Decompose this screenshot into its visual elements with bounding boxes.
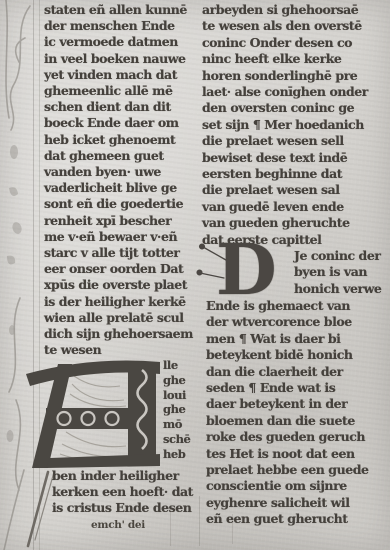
text-line: seden ¶ Ende wat is [206, 380, 388, 396]
text-line: conscientie om sijnre [206, 478, 388, 494]
text-line: heb [163, 447, 197, 462]
text-line: daer beteykent in der [206, 396, 388, 412]
text-line: eyghenre salicheit wil [206, 495, 388, 511]
text-line: ghe [163, 373, 197, 388]
text-line: dich sijn ghehoersaem [44, 326, 196, 342]
text-line: xpūs die overste plaet [44, 277, 196, 293]
text-line: is cristus Ende desen [52, 500, 198, 516]
text-line: eer onser oorden Dat [44, 261, 196, 277]
text-line: loui [163, 388, 197, 403]
text-line: byen is van [294, 264, 388, 280]
right-column-text: arbeyden si ghehoorsaēte wesen als den o… [202, 2, 388, 248]
text-line: starc v alle tijt totter [44, 245, 196, 261]
text-line: ben inder heiligher [52, 468, 198, 484]
text-line: arbeyden si ghehoorsaē [202, 2, 388, 18]
ruling-tick-2 [199, 496, 200, 546]
left-column-text: staten eñ allen kunnēder menschen Endeic… [44, 2, 196, 358]
text-line: te wesen als den overstē [202, 18, 388, 34]
text-line: staten eñ allen kunnē [44, 2, 196, 18]
text-line: eersten beghinne dat [202, 166, 388, 182]
text-line: is der heiligher kerkē [44, 294, 196, 310]
text-line: bloemen dan die suete [206, 413, 388, 429]
text-line: beteykent bidē honich [206, 347, 388, 363]
text-line: laet· alse conīghen onder [202, 84, 388, 100]
text-line: vaderlicheit blive ge [44, 180, 196, 196]
text-line: horen sonderlinghē pre [202, 68, 388, 84]
text-line: ghe [163, 402, 197, 417]
text-line: ic vermoede datmen [44, 34, 196, 50]
text-line: die prelaet wesen sal [202, 182, 388, 198]
text-line: dat ghemeen guet [44, 148, 196, 164]
text-line: bewiset dese text indē [202, 150, 388, 166]
text-line: wien alle prelatē scul [44, 310, 196, 326]
text-line: der wtvercorence bloe [206, 314, 388, 330]
text-line: Ende is ghemaect van [206, 298, 388, 314]
text-line: lle [163, 358, 197, 373]
initial-D-lombard: D [204, 240, 296, 304]
text-line: der menschen Ende [44, 18, 196, 34]
text-line: die prelaet wesen sell [202, 133, 388, 149]
text-line: schē [163, 432, 197, 447]
manuscript-page: staten eñ allen kunnēder menschen Endeic… [0, 0, 390, 550]
text-line: heb icket ghenoemt [44, 132, 196, 148]
text-line: ghemeenlic allē mē [44, 83, 196, 99]
text-line: roke des gueden geruch [206, 429, 388, 445]
text-line: in veel boeken nauwe [44, 51, 196, 67]
text-line: mō [163, 417, 197, 432]
text-line: yet vinden mach dat [44, 67, 196, 83]
text-line: me v·eñ bewaer v·eñ [44, 229, 196, 245]
text-line: eñ een guet gherucht [206, 511, 388, 527]
text-line: renheit xpī bescher [44, 213, 196, 229]
right-column-bottom-text: Ende is ghemaect vander wtvercorence blo… [206, 298, 388, 528]
text-line: set sijn ¶ Mer hoedanich [202, 117, 388, 133]
antennae-flourish-icon [196, 242, 230, 286]
text-line: prelaet hebbe een guede [206, 462, 388, 478]
catchword: emch' dei [78, 519, 158, 531]
initial-A-side-text: lleghelouighemōschēheb [163, 358, 197, 462]
text-line: sont eñ die goedertie [44, 196, 196, 212]
text-line: honich verwe [294, 281, 388, 297]
text-line: men ¶ Wat is daer bi [206, 331, 388, 347]
text-line: boeck Ende daer om [44, 115, 196, 131]
initial-D-side-text: Je coninc derbyen is vanhonich verwe [294, 248, 388, 297]
text-line: Je coninc der [294, 248, 388, 264]
text-line: den oversten coninc ge [202, 100, 388, 116]
text-line: dan die claerheit der [206, 364, 388, 380]
text-line: vanden byen· uwe [44, 164, 196, 180]
text-line: van guedē leven ende [202, 199, 388, 215]
text-line: kerken een hoeft· dat [52, 484, 198, 500]
text-line: tes Het is noot dat een [206, 446, 388, 462]
text-line: schen dient dan dit [44, 99, 196, 115]
text-line: coninc Onder desen co [202, 35, 388, 51]
text-line: ninc heeft elke kerke [202, 51, 388, 67]
left-column-bottom-text: ben inder heiligherkerken een hoeft· dat… [52, 468, 198, 517]
